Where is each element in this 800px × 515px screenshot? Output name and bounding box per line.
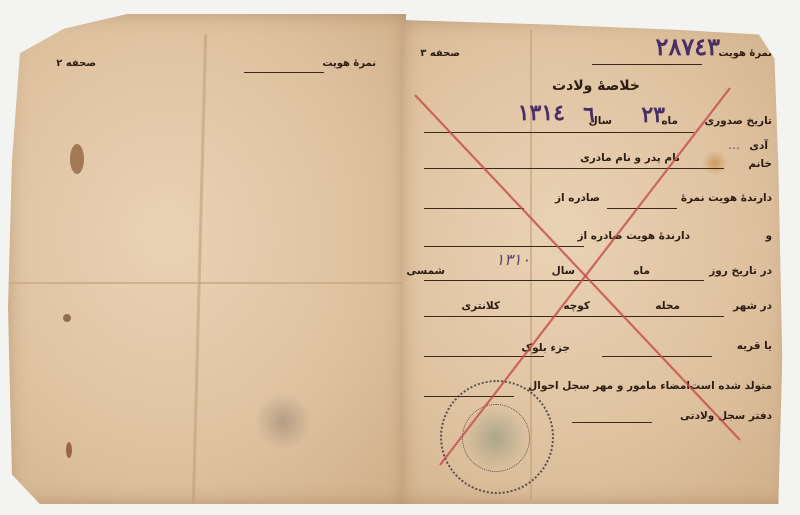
handwritten-month: ٦: [583, 102, 595, 128]
field-birth-year: سال: [552, 265, 575, 277]
right-page: صحفه ٣ ٢٨٧٤٣ نمرۀ هویت خلاصۀ ولادت تاریخ…: [402, 20, 790, 504]
field-name: آدی: [749, 140, 768, 152]
field-quarter: محله: [655, 300, 680, 312]
handwritten-year: ١٣١٤: [518, 100, 565, 126]
field-and-holder: دارندۀ هویت صادره از: [578, 230, 691, 242]
handwritten-name: …: [728, 138, 740, 152]
field-birth-month: ماه: [633, 265, 650, 277]
left-page: صحفه ٢ نمرۀ هویت: [8, 14, 406, 504]
stain: [702, 150, 728, 176]
serial-label: نمرۀ هویت: [718, 48, 772, 59]
field-line: [424, 168, 724, 169]
field-solar: شمسی: [406, 265, 445, 277]
field-born: متولد شده است: [690, 380, 772, 392]
field-line: [424, 208, 524, 209]
left-page-number: صحفه ٢: [56, 58, 96, 69]
field-mother: خانم: [748, 158, 772, 170]
stain: [63, 314, 71, 322]
field-and: و: [765, 230, 772, 242]
handwritten-day: ٢٣: [641, 102, 665, 128]
official-seal: [440, 380, 554, 494]
field-registry-book: دفتر سجل ولادتی: [680, 410, 772, 422]
field-id-holder: دارندۀ هویت نمرۀ: [681, 192, 772, 204]
faded-stamp-offset: [253, 394, 313, 449]
field-line: [602, 356, 712, 357]
serial-line: [592, 64, 702, 65]
field-district: جزء بلوک: [521, 342, 570, 354]
field-line: [424, 316, 724, 317]
field-line: [424, 356, 544, 357]
field-issued-from: صادره از: [555, 192, 600, 204]
field-line: [572, 422, 652, 423]
field-officer-signature: امضاء مامور و مهر سجل احوال: [528, 380, 690, 392]
field-village: یا قریه: [737, 340, 772, 352]
document-title: خلاصۀ ولادت: [552, 78, 640, 94]
field-issue-date: تاریخ صدوری: [704, 115, 772, 127]
horizontal-crease: [8, 282, 406, 284]
field-parents-names: نام پدر و نام مادری: [580, 152, 680, 164]
serial-number: ٢٨٧٤٣: [656, 32, 720, 61]
field-line: [424, 132, 694, 133]
seal-inner-ring: [462, 404, 530, 472]
field-line: [607, 208, 677, 209]
field-line: [424, 280, 704, 281]
left-field-line: [244, 72, 324, 73]
vertical-crease: [192, 34, 207, 504]
field-street: کوچه: [563, 300, 590, 312]
field-birth-date: در تاریخ روز: [709, 265, 772, 277]
field-line: [424, 246, 584, 247]
handwritten-birth-year: ١٣١٠: [496, 250, 530, 269]
field-precinct: کلانتری: [462, 300, 500, 312]
field-city: در شهر: [733, 300, 772, 312]
left-field-label: نمرۀ هویت: [322, 58, 376, 69]
stain: [66, 442, 72, 458]
right-page-number: صحفه ٣: [420, 48, 460, 59]
stain: [70, 144, 84, 174]
